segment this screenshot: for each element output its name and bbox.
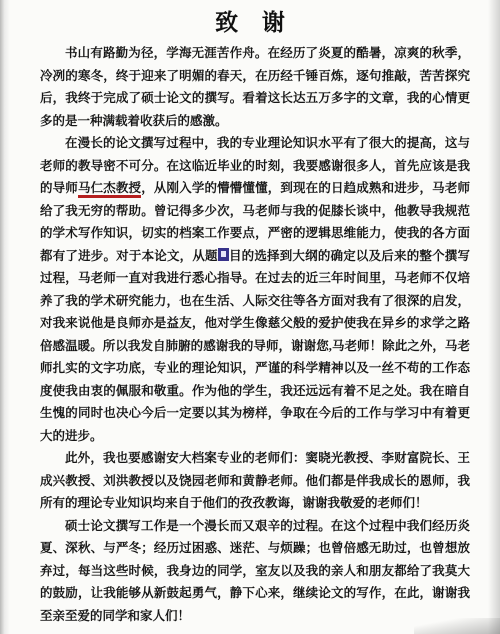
paragraph: 此外，我也要感谢安大档案专业的老师们：窦晓光教授、李财富院长、王成兴教授、刘洪教… bbox=[40, 447, 470, 515]
document-page: 致 谢 书山有路勤为径，学海无涯苦作舟。在经历了炎夏的酷暑，凉爽的秋季，冷冽的寒… bbox=[0, 0, 500, 634]
scan-edge-right bbox=[488, 0, 500, 634]
highlighted-character-box bbox=[218, 248, 229, 261]
paragraph: 在漫长的论文撰写过程中，我的专业理论知识水平有了很大的提高，这与老师的教导密不可… bbox=[40, 132, 470, 447]
text-run: 此外，我也要感谢安大档案专业的老师们：窦晓光教授、李财富院长、王成兴教授、刘洪教… bbox=[40, 451, 470, 510]
page-title: 致 谢 bbox=[0, 4, 500, 37]
text-run: 目的选择到大纲的确定以及后来的整个撰写过程，马老师一直对我进行悉心指导。在过去的… bbox=[40, 249, 470, 443]
document-body: 书山有路勤为径，学海无涯苦作舟。在经历了炎夏的酷暑，凉爽的秋季，冷冽的寒冬，终于… bbox=[40, 42, 470, 627]
paragraph: 硕士论文撰写工作是一个漫长而又艰辛的过程。在这个过程中我们经历炎夏、深秋、与严冬… bbox=[40, 515, 470, 628]
text-run: 书山有路勤为径，学海无涯苦作舟。在经历了炎夏的酷暑，凉爽的秋季，冷冽的寒冬，终于… bbox=[40, 46, 470, 128]
paragraph: 书山有路勤为径，学海无涯苦作舟。在经历了炎夏的酷暑，凉爽的秋季，冷冽的寒冬，终于… bbox=[40, 42, 470, 132]
advisor-name-red-underline: 马仁杰教授 bbox=[78, 181, 141, 198]
text-run: 硕士论文撰写工作是一个漫长而又艰辛的过程。在这个过程中我们经历炎夏、深秋、与严冬… bbox=[40, 519, 470, 623]
scan-edge-left bbox=[0, 0, 10, 634]
